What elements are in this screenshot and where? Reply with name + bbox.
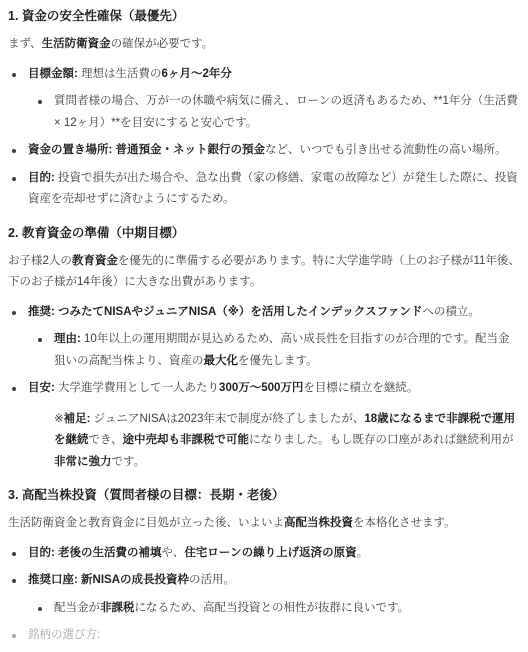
text-run: や、 — [162, 547, 185, 559]
list-item: 目的: 老後の生活費の補填や、住宅ローンの繰り上げ返済の原資。 — [8, 543, 520, 565]
text-run: の活用。 — [189, 574, 235, 586]
bullet-icon — [12, 579, 16, 583]
list-item: 目的: 投資で損失が出た場合や、急な出費（家の修繕、家電の故障など）が発生した際… — [8, 168, 520, 211]
note-paragraph: ※補足: ジュニアNISAは2023年末で制度が終了しましたが、18歳になるまで… — [54, 409, 520, 474]
bold-text-run: 資金の置き場所: 普通預金・ネット銀行の預金 — [28, 144, 265, 156]
bullet-icon — [38, 100, 42, 104]
bullet-icon — [12, 387, 16, 391]
text-run: 。 — [357, 547, 369, 559]
text-run: 配当金が — [54, 602, 100, 614]
paragraph: お子様2人の教育資金を優先的に準備する必要があります。特に大学進学時（上のお子様… — [8, 251, 520, 294]
bullet-icon — [38, 338, 42, 342]
bold-text-run: 住宅ローンの繰り上げ返済の原資 — [184, 547, 356, 559]
list-item: 銘柄の選び方: — [8, 625, 520, 647]
list-item: 資金の置き場所: 普通預金・ネット銀行の預金など、いつでも引き出せる流動性の高い… — [8, 140, 520, 162]
paragraph: まず、生活防衛資金の確保が必要です。 — [8, 34, 520, 56]
bold-text-run: 非課税 — [100, 602, 135, 614]
bold-text-run: 目的: — [28, 172, 55, 184]
bullet-icon — [12, 149, 16, 153]
bullet-icon — [38, 607, 42, 611]
bold-text-run: 途中売却も非課税で可能 — [123, 434, 250, 446]
bold-text-run: 推奨口座: 新NISAの成長投資枠 — [28, 574, 189, 586]
text-run: になりました。もし既存の口座があれば継続利用が — [249, 434, 514, 446]
list-item: 目安: 大学進学費用として一人あたり300万〜500万円を目標に積立を継続。 — [8, 378, 520, 400]
bold-text-run: 理由: — [54, 333, 81, 345]
bullet-icon — [12, 552, 16, 556]
text-run: を本格化させます。 — [353, 517, 456, 529]
section-heading: 3. 高配当株投資（質問者様の目標：長期・老後） — [8, 487, 520, 504]
text-run: でき、 — [89, 434, 123, 446]
bold-text-run: 300万〜500万円 — [219, 382, 303, 394]
text-run: など、いつでも引き出せる流動性の高い場所。 — [265, 144, 507, 156]
paragraph: 生活防衛資金と教育資金に目処が立った後、いよいよ高配当株投資を本格化させます。 — [8, 513, 520, 535]
response-document: 1. 資金の安全性確保（最優先）まず、生活防衛資金の確保が必要です。目標金額: … — [0, 0, 528, 647]
text-run: 銘柄の選び方: — [28, 629, 100, 641]
bullet-icon — [12, 73, 16, 77]
text-run: ※ — [54, 413, 64, 425]
list-item: 質問者様の場合、万が一の休職や病気に備え、ローンの返済もあるため、**1年分（生… — [8, 91, 520, 134]
bullet-icon — [12, 177, 16, 181]
text-run: への積立。 — [422, 306, 480, 318]
list-item: 配当金が非課税になるため、高配当投資との相性が抜群に良いです。 — [8, 598, 520, 620]
text-run: を優先します。 — [238, 355, 318, 367]
list-item: 推奨: つみたてNISAやジュニアNISA（※）を活用したインデックスファンドへ… — [8, 302, 520, 324]
text-run: 生活防衛資金と教育資金に目処が立った後、いよいよ — [8, 517, 284, 529]
text-run: まず、 — [8, 38, 42, 50]
text-run: 質問者様の場合、万が一の休職や病気に備え、ローンの返済もあるため、**1年分（生… — [54, 95, 518, 129]
text-run: になるため、高配当投資との相性が抜群に良いです。 — [135, 602, 410, 614]
text-run: です。 — [112, 456, 146, 468]
bold-text-run: 目安: — [28, 382, 55, 394]
text-run: ジュニアNISAは2023年末で制度が終了しましたが、 — [90, 413, 364, 425]
bold-text-run: 推奨: つみたてNISAやジュニアNISA（※）を活用したインデックスファンド — [28, 306, 422, 318]
bold-text-run: 補足: — [64, 413, 91, 425]
text-run: の確保が必要です。 — [111, 38, 214, 50]
bold-text-run: 非常に強力 — [54, 456, 112, 468]
bold-text-run: 目標金額: — [28, 68, 78, 80]
bold-text-run: 生活防衛資金 — [42, 38, 111, 50]
bold-text-run: 目的: 老後の生活費の補填 — [28, 547, 162, 559]
bold-text-run: 高配当株投資 — [284, 517, 353, 529]
bold-text-run: 教育資金 — [72, 255, 118, 267]
text-run: を目標に積立を継続。 — [303, 382, 418, 394]
list-item: 目標金額: 理想は生活費の6ヶ月〜2年分 — [8, 64, 520, 86]
bullet-icon — [12, 634, 16, 638]
text-run: 投資で損失が出た場合や、急な出費（家の修繕、家電の故障など）が発生した際に、投資… — [28, 172, 518, 206]
text-run: 理想は生活費の — [78, 68, 162, 80]
section-heading: 1. 資金の安全性確保（最優先） — [8, 8, 520, 25]
bold-text-run: 6ヶ月〜2年分 — [162, 68, 232, 80]
text-run: 大学進学費用として一人あたり — [55, 382, 219, 394]
list-item: 推奨口座: 新NISAの成長投資枠の活用。 — [8, 570, 520, 592]
section-heading: 2. 教育資金の準備（中期目標） — [8, 225, 520, 242]
bullet-icon — [12, 311, 16, 315]
bold-text-run: 最大化 — [204, 355, 239, 367]
list-item: 理由: 10年以上の運用期間が見込めるため、高い成長性を目指すのが合理的です。配… — [8, 329, 520, 372]
text-run: お子様2人の — [8, 255, 72, 267]
